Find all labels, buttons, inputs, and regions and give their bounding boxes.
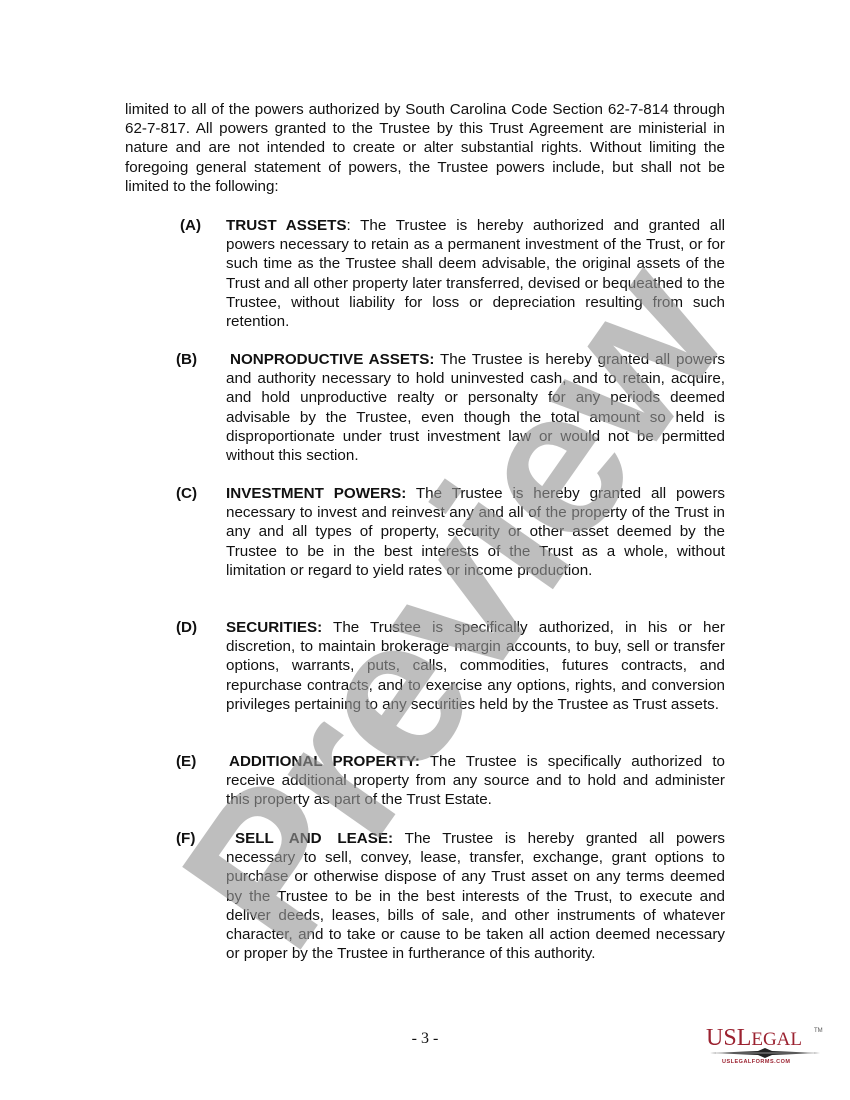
logo-url: USLEGALFORMS.COM	[722, 1059, 791, 1065]
clause-e: (E) ADDITIONAL PROPERTY: The Trustee is …	[176, 752, 725, 810]
clause-label: (B)	[176, 350, 197, 369]
clause-f: (F) SELL AND LEASE: The Trustee is hereb…	[176, 829, 725, 963]
clause-label: (C)	[176, 484, 197, 503]
clause-text: The Trustee is hereby granted all powers…	[226, 830, 725, 962]
clause-a: (A) TRUST ASSETS: The Trustee is hereby …	[176, 216, 725, 331]
uslegal-logo: USLEGAL TM USLEGALFORMS.COM	[706, 1026, 824, 1070]
intro-paragraph: limited to all of the powers authorized …	[125, 100, 725, 196]
clause-c: (C) INVESTMENT POWERS: The Trustee is he…	[176, 484, 725, 580]
document-page: limited to all of the powers authorized …	[0, 0, 850, 1100]
clause-heading: TRUST ASSETS	[226, 217, 347, 234]
clause-label: (F)	[176, 829, 195, 848]
eagle-wings-icon	[710, 1048, 820, 1058]
clause-heading: SECURITIES:	[226, 619, 322, 636]
trademark-mark: TM	[814, 1028, 823, 1034]
clause-label: (A)	[180, 216, 201, 235]
clause-heading: NONPRODUCTIVE ASSETS:	[230, 351, 434, 368]
clause-heading: INVESTMENT POWERS:	[226, 485, 406, 502]
clause-b: (B) NONPRODUCTIVE ASSETS: The Trustee is…	[176, 350, 725, 465]
clause-label: (E)	[176, 752, 196, 771]
clause-label: (D)	[176, 618, 197, 637]
clause-heading: SELL AND LEASE:	[235, 830, 393, 847]
clause-heading: ADDITIONAL PROPERTY:	[229, 753, 420, 770]
clause-d: (D) SECURITIES: The Trustee is specifica…	[176, 618, 725, 714]
